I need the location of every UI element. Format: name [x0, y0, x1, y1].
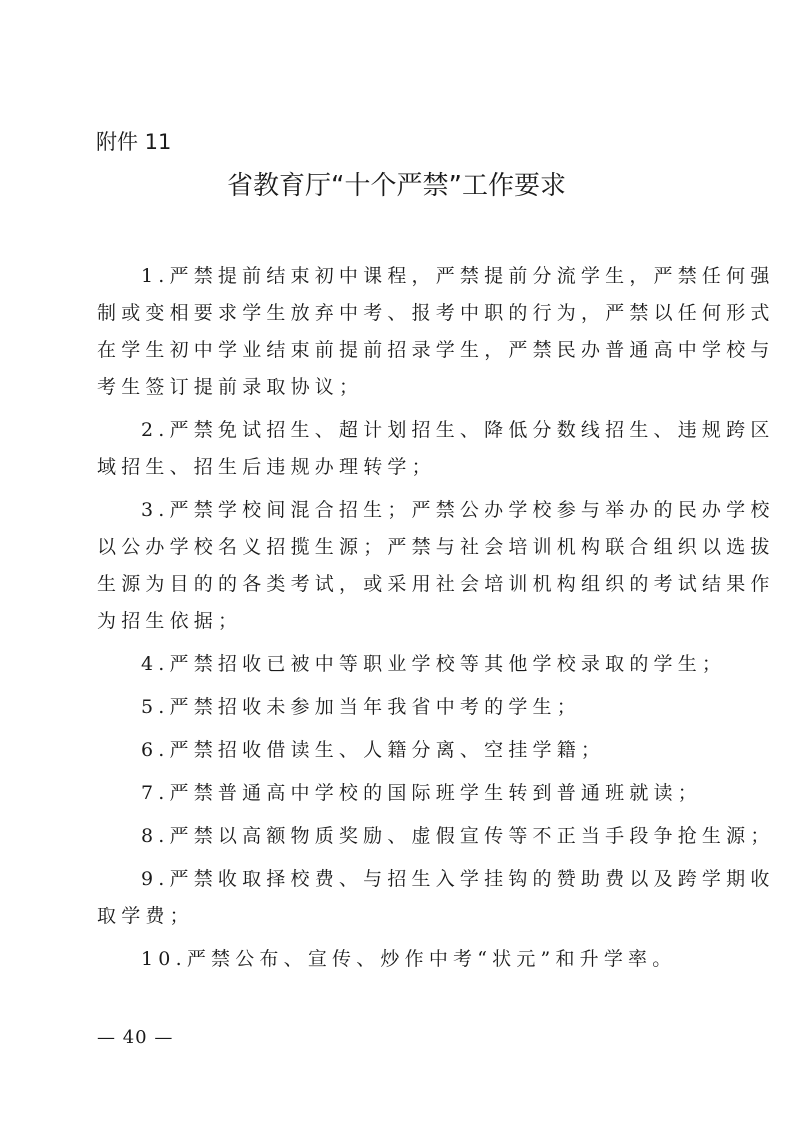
paragraph-line: 考生签订提前录取协议； — [97, 369, 707, 406]
list-item-8: 8.严禁以高额物质奖励、虚假宣传等不正当手段争抢生源； — [97, 818, 707, 855]
paragraph-line: 以公办学校名义招揽生源；严禁与社会培训机构联合组织以选拔 — [97, 529, 707, 566]
document-title: 省教育厅“十个严禁”工作要求 — [0, 168, 793, 204]
paragraph-line: 生源为目的的各类考试，或采用社会培训机构组织的考试结果作 — [97, 566, 707, 603]
paragraph-line: 9.严禁收取择校费、与招生入学挂钩的赞助费以及跨学期收 — [97, 861, 707, 898]
list-item-5: 5.严禁招收未参加当年我省中考的学生； — [97, 689, 707, 726]
paragraph-line: 4.严禁招收已被中等职业学校等其他学校录取的学生； — [97, 646, 707, 683]
list-item-6: 6.严禁招收借读生、人籍分离、空挂学籍； — [97, 732, 707, 769]
paragraph-line: 在学生初中学业结束前提前招录学生，严禁民办普通高中学校与 — [97, 332, 707, 369]
page-number: — 40 — — [97, 1026, 173, 1050]
document-body: 1.严禁提前结束初中课程，严禁提前分流学生，严禁任何强 制或变相要求学生放弃中考… — [97, 258, 707, 978]
list-item-4: 4.严禁招收已被中等职业学校等其他学校录取的学生； — [97, 646, 707, 683]
paragraph-line: 制或变相要求学生放弃中考、报考中职的行为，严禁以任何形式 — [97, 295, 707, 332]
paragraph-line: 3.严禁学校间混合招生；严禁公办学校参与举办的民办学校 — [97, 492, 707, 529]
list-item-9: 9.严禁收取择校费、与招生入学挂钩的赞助费以及跨学期收 取学费； — [97, 861, 707, 935]
paragraph-line: 域招生、招生后违规办理转学； — [97, 449, 707, 486]
paragraph-line: 10.严禁公布、宣传、炒作中考“状元”和升学率。 — [97, 941, 707, 978]
paragraph-line: 1.严禁提前结束初中课程，严禁提前分流学生，严禁任何强 — [97, 258, 707, 295]
attachment-label: 附件 11 — [96, 128, 171, 156]
list-item-1: 1.严禁提前结束初中课程，严禁提前分流学生，严禁任何强 制或变相要求学生放弃中考… — [97, 258, 707, 406]
paragraph-line: 取学费； — [97, 898, 707, 935]
list-item-7: 7.严禁普通高中学校的国际班学生转到普通班就读； — [97, 775, 707, 812]
list-item-10: 10.严禁公布、宣传、炒作中考“状元”和升学率。 — [97, 941, 707, 978]
paragraph-line: 6.严禁招收借读生、人籍分离、空挂学籍； — [97, 732, 707, 769]
list-item-3: 3.严禁学校间混合招生；严禁公办学校参与举办的民办学校 以公办学校名义招揽生源；… — [97, 492, 707, 640]
paragraph-line: 5.严禁招收未参加当年我省中考的学生； — [97, 689, 707, 726]
paragraph-line: 8.严禁以高额物质奖励、虚假宣传等不正当手段争抢生源； — [97, 818, 707, 855]
list-item-2: 2.严禁免试招生、超计划招生、降低分数线招生、违规跨区 域招生、招生后违规办理转… — [97, 412, 707, 486]
paragraph-line: 7.严禁普通高中学校的国际班学生转到普通班就读； — [97, 775, 707, 812]
paragraph-line: 2.严禁免试招生、超计划招生、降低分数线招生、违规跨区 — [97, 412, 707, 449]
paragraph-line: 为招生依据； — [97, 603, 707, 640]
